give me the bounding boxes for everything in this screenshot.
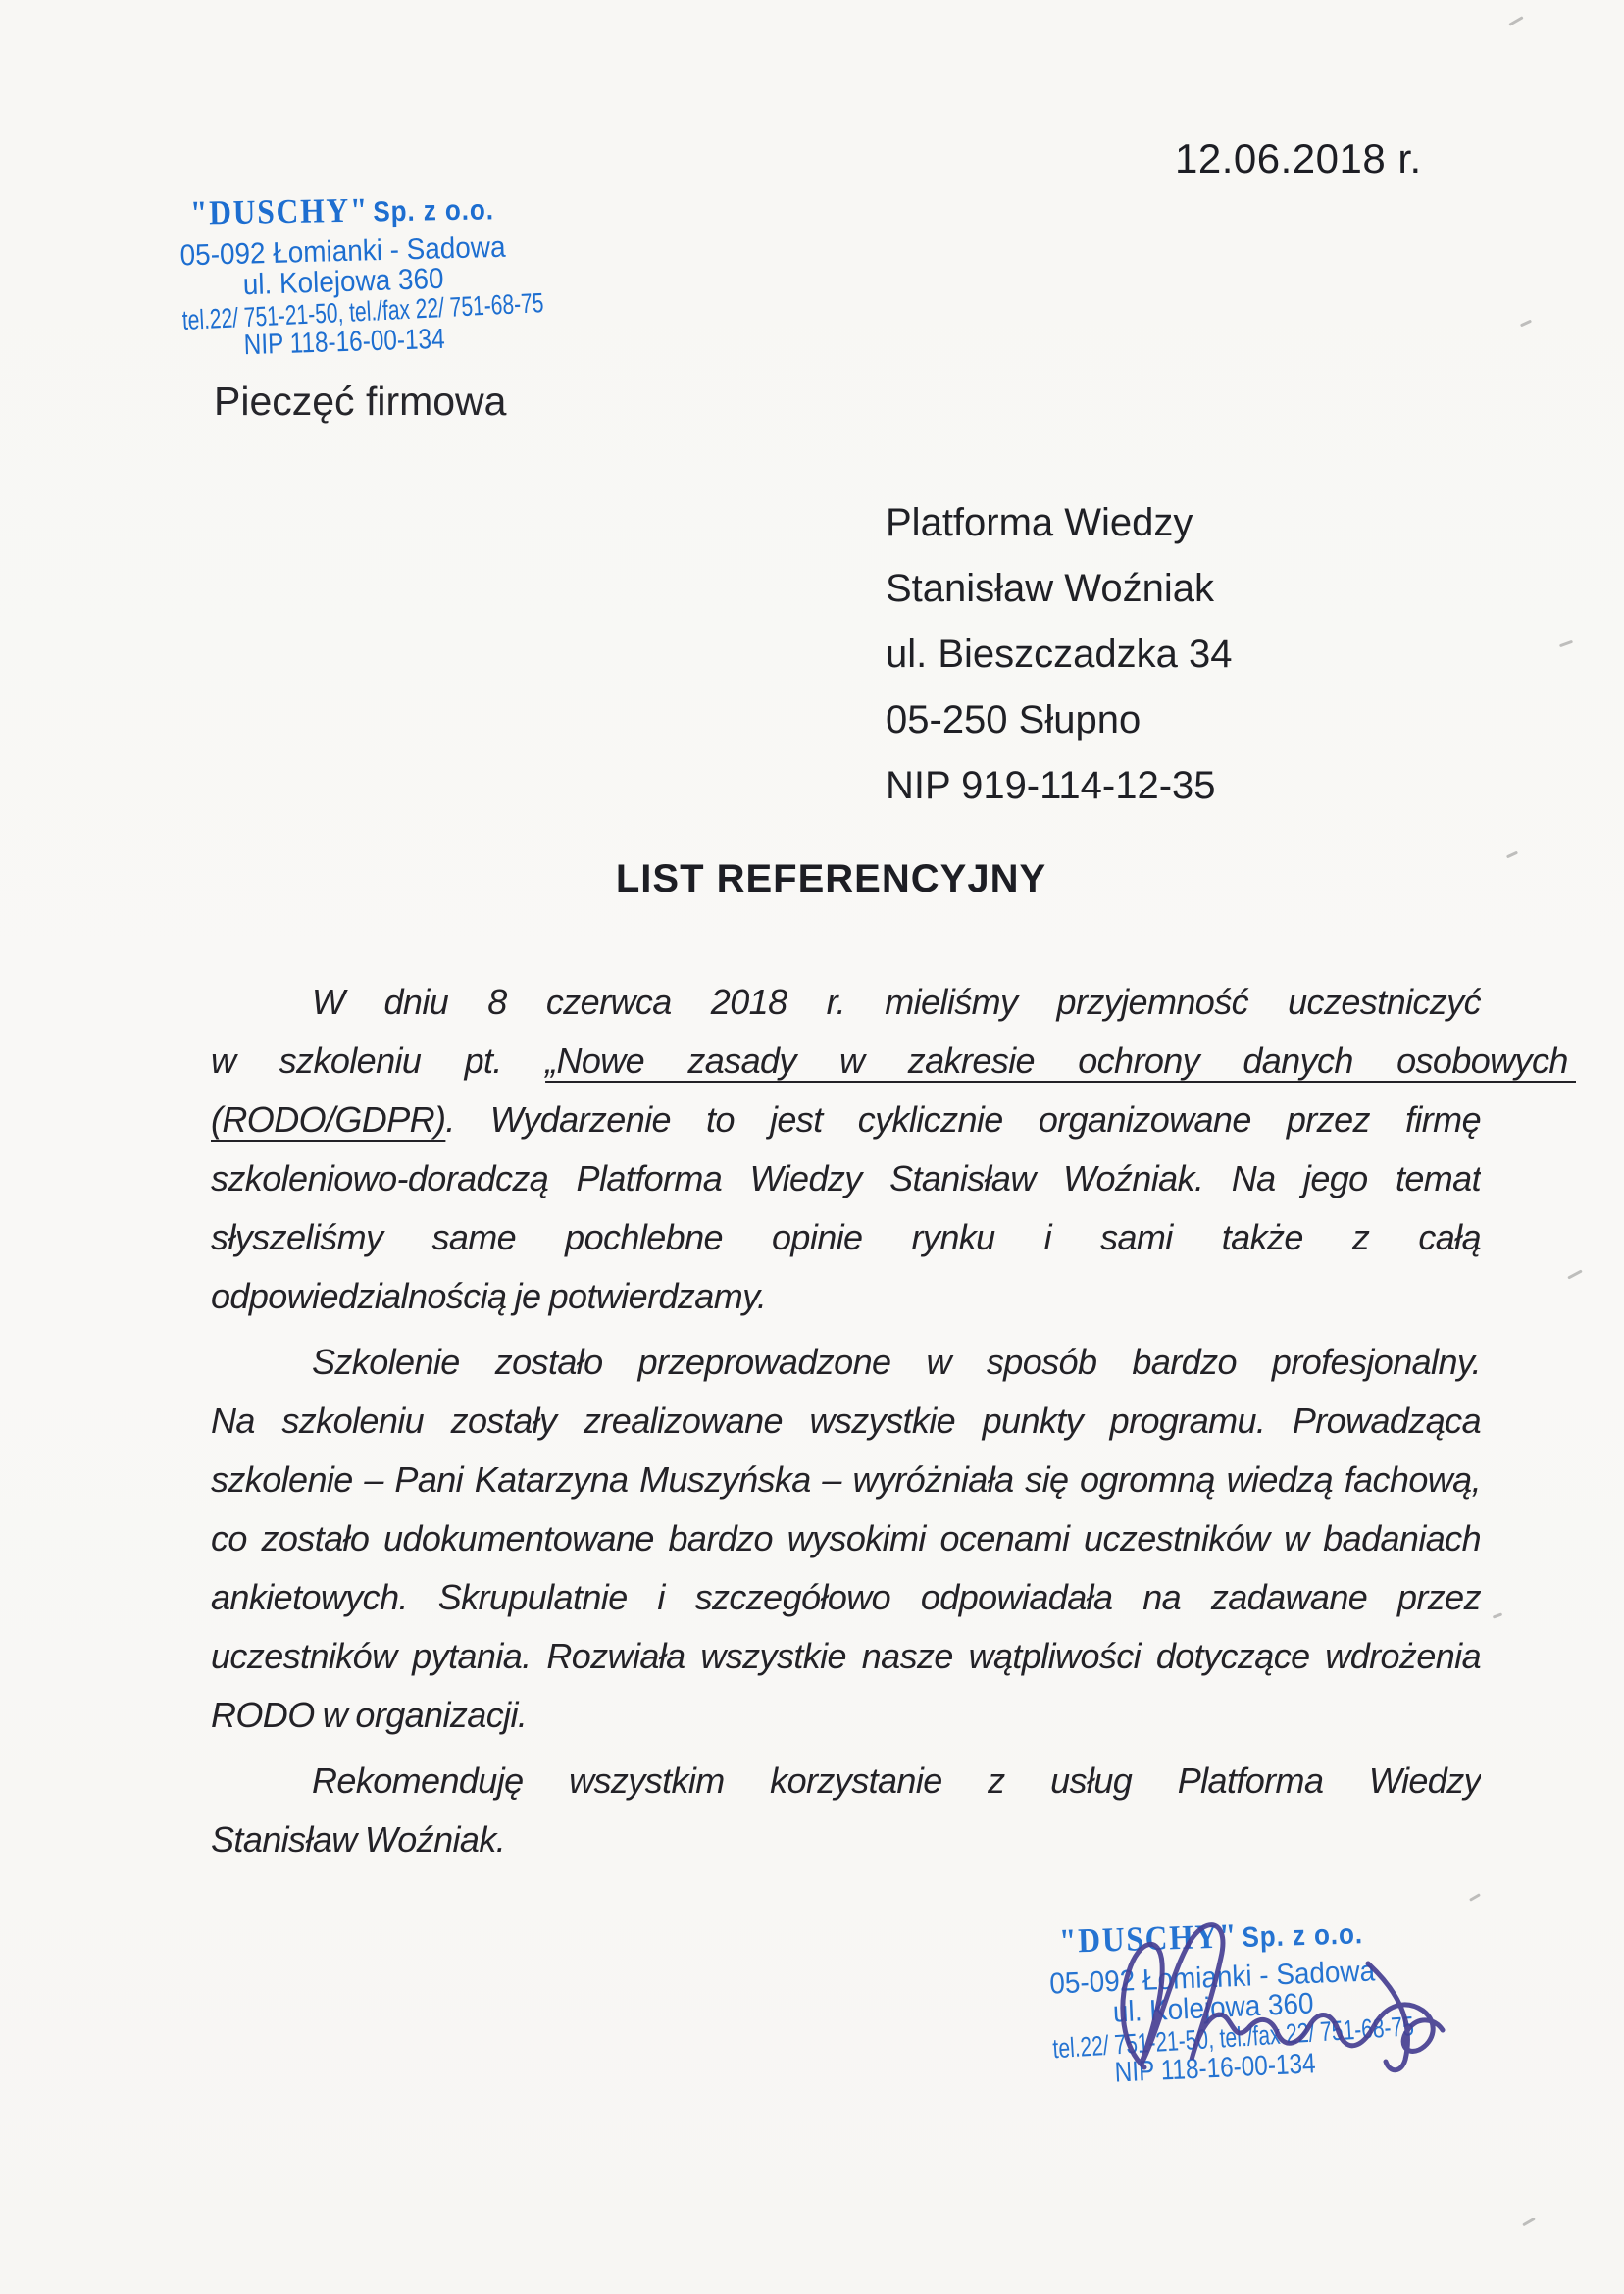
paragraph: Rekomenduję wszystkim korzystanie z usłu… xyxy=(211,1752,1481,1869)
text-line: co zostało udokumentowane bardzo wysokim… xyxy=(211,1509,1481,1568)
letter-date: 12.06.2018 r. xyxy=(1175,135,1422,182)
text-line: ankietowych. Skrupulatnie i szczegółowo … xyxy=(211,1568,1481,1627)
underlined-text: „Nowe zasady w zakresie ochrony danych o… xyxy=(545,1041,1576,1081)
text-line: Rekomenduję wszystkim korzystanie z usłu… xyxy=(211,1752,1481,1810)
text-line: odpowiedzialnością je potwierdzamy. xyxy=(211,1267,1481,1326)
stamp-or-address-line: NIP 919-114-12-35 xyxy=(886,753,1233,819)
text-segment: RODO w organizacji. xyxy=(211,1695,527,1735)
text-line: Na szkoleniu zostały zrealizowane wszyst… xyxy=(211,1392,1481,1451)
text-segment: Rekomenduję wszystkim korzystanie z usłu… xyxy=(312,1760,1481,1801)
scanned-letter-page: 12.06.2018 r. "DUSCHY" Sp. z o.o. 05-092… xyxy=(0,0,1624,2294)
text-line: (RODO/GDPR). Wydarzenie to jest cykliczn… xyxy=(211,1091,1481,1149)
text-line: słyszeliśmy same pochlebne opinie rynku … xyxy=(211,1208,1481,1267)
stamp-address-lines: 05-092 Łomianki - Sadowaul. Kolejowa 360… xyxy=(127,232,560,362)
text-segment: Szkolenie zostało przeprowadzone w sposó… xyxy=(312,1342,1481,1382)
text-line: W dniu 8 czerwca 2018 r. mieliśmy przyje… xyxy=(211,973,1481,1032)
text-line: Szkolenie zostało przeprowadzone w sposó… xyxy=(211,1333,1481,1392)
paragraph: W dniu 8 czerwca 2018 r. mieliśmy przyje… xyxy=(211,973,1481,1326)
handwritten-signature xyxy=(1074,1912,1446,2079)
scan-artifact xyxy=(1493,1612,1502,1618)
scan-artifact xyxy=(1506,851,1518,859)
text-segment: Na szkoleniu zostały zrealizowane wszyst… xyxy=(211,1401,1481,1441)
text-line: szkoleniowo-doradczą Platforma Wiedzy St… xyxy=(211,1149,1481,1208)
text-line: szkolenie – Pani Katarzyna Muszyńska – w… xyxy=(211,1451,1481,1509)
scan-artifact xyxy=(1469,1893,1481,1902)
text-segment: . Wydarzenie to jest cyklicznie organizo… xyxy=(445,1099,1481,1140)
text-segment: szkoleniowo-doradczą Platforma Wiedzy St… xyxy=(211,1158,1481,1198)
scan-artifact xyxy=(1567,1269,1583,1279)
stamp-company-name: "DUSCHY" xyxy=(190,191,370,232)
underlined-text: (RODO/GDPR) xyxy=(211,1099,445,1140)
text-line: w szkoleniu pt. „Nowe zasady w zakresie … xyxy=(211,1032,1576,1091)
text-line: RODO w organizacji. xyxy=(211,1686,1481,1745)
text-segment: odpowiedzialnością je potwierdzamy. xyxy=(211,1276,766,1316)
text-segment: Stanisław Woźniak. xyxy=(211,1819,505,1860)
stamp-company-suffix: Sp. z o.o. xyxy=(373,194,494,228)
stamp-or-address-line: Stanisław Woźniak xyxy=(886,556,1233,622)
stamp-or-address-line: 05-250 Słupno xyxy=(886,688,1233,753)
text-segment: w szkoleniu pt. xyxy=(211,1041,545,1081)
text-line: uczestników pytania. Rozwiała wszystkie … xyxy=(211,1627,1481,1686)
scan-artifact xyxy=(1559,640,1573,648)
text-segment: co zostało udokumentowane bardzo wysokim… xyxy=(211,1518,1481,1558)
text-segment: szkolenie – Pani Katarzyna Muszyńska – w… xyxy=(211,1459,1481,1500)
stamp-caption: Pieczęć firmowa xyxy=(214,379,506,425)
text-segment: W dniu 8 czerwca 2018 r. mieliśmy przyje… xyxy=(312,982,1481,1022)
recipient-address-block: Platforma WiedzyStanisław Woźniakul. Bie… xyxy=(886,490,1233,819)
stamp-or-address-line: Platforma Wiedzy xyxy=(886,490,1233,556)
stamp-or-address-line: ul. Bieszczadzka 34 xyxy=(886,622,1233,688)
scan-artifact xyxy=(1520,320,1532,328)
text-segment: słyszeliśmy same pochlebne opinie rynku … xyxy=(211,1217,1481,1257)
scan-artifact xyxy=(1508,16,1523,26)
signature-strokes xyxy=(1123,1925,1443,2070)
letter-body: W dniu 8 czerwca 2018 r. mieliśmy przyje… xyxy=(211,973,1481,1876)
letter-title: LIST REFERENCYJNY xyxy=(211,857,1451,901)
paragraph: Szkolenie zostało przeprowadzone w sposó… xyxy=(211,1333,1481,1745)
text-line: Stanisław Woźniak. xyxy=(211,1810,1481,1869)
text-segment: ankietowych. Skrupulatnie i szczegółowo … xyxy=(211,1577,1481,1617)
text-segment: uczestników pytania. Rozwiała wszystkie … xyxy=(211,1636,1481,1676)
company-stamp-top: "DUSCHY" Sp. z o.o. 05-092 Łomianki - Sa… xyxy=(127,188,561,362)
scan-artifact xyxy=(1522,2218,1536,2227)
